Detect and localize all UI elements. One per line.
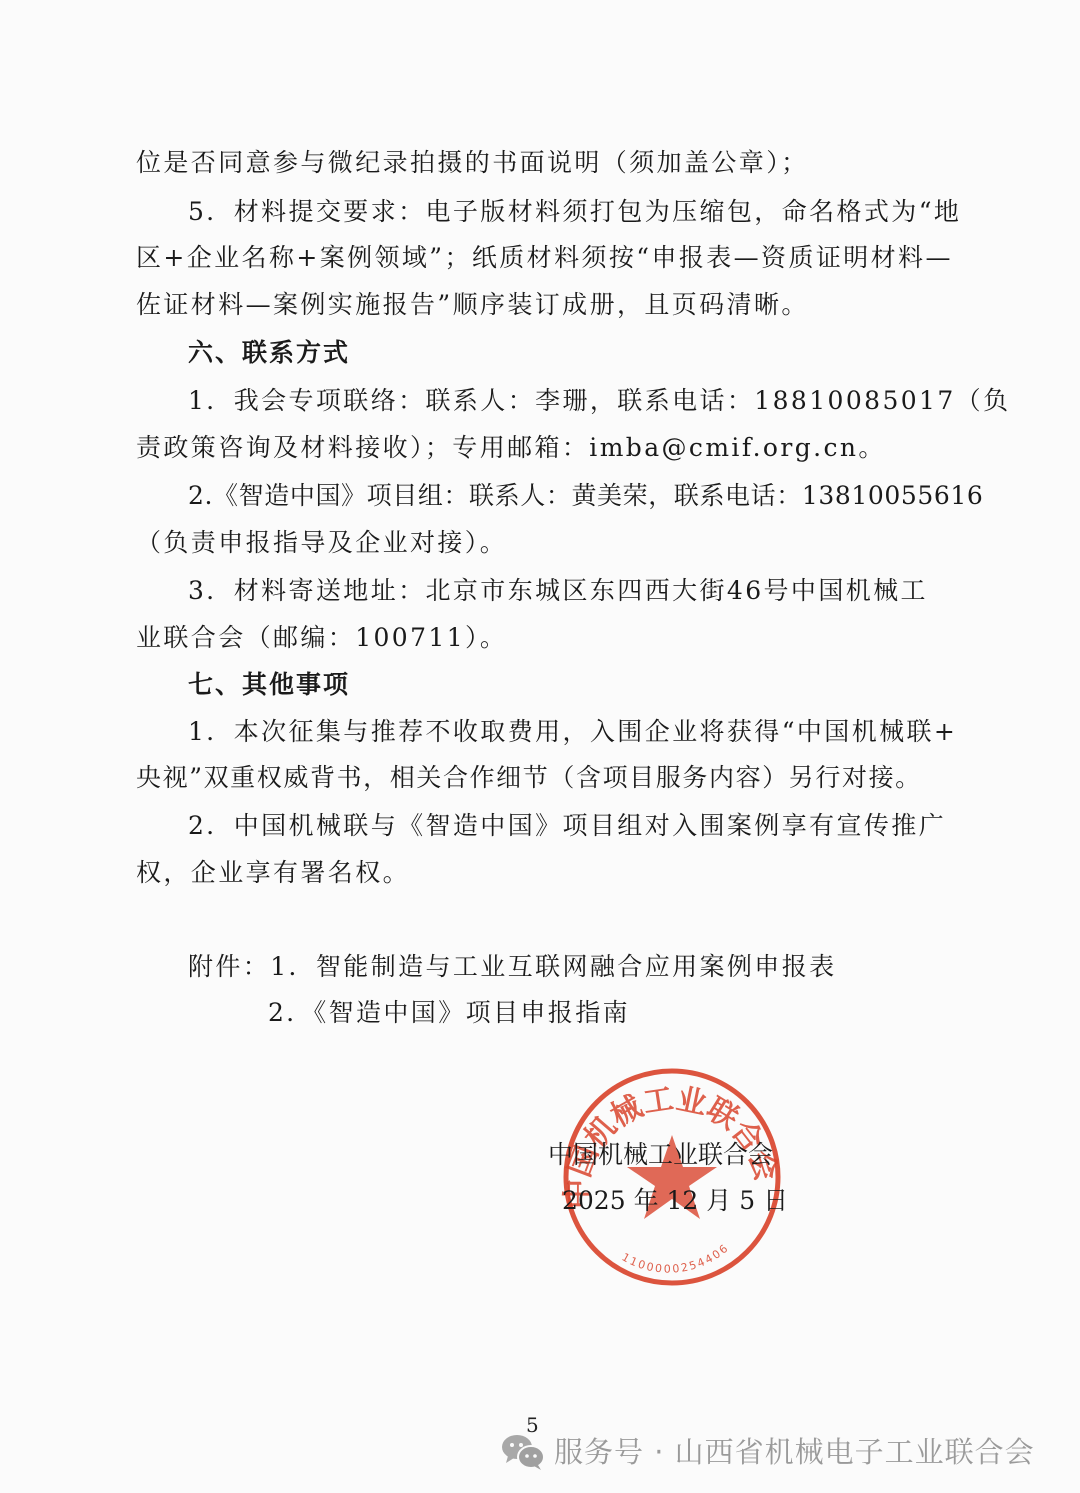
paragraph-line: 责政策咨询及材料接收）；专用邮箱：imba@cmif.org.cn。 bbox=[136, 433, 936, 463]
wechat-icon bbox=[500, 1431, 546, 1471]
paragraph-line: 业联合会（邮编：100711）。 bbox=[136, 623, 936, 653]
signature-organization: 中国机械工业联合会 bbox=[548, 1140, 808, 1170]
watermark: 服务号 · 山西省机械电子工业联合会 bbox=[500, 1430, 1035, 1471]
paragraph-line: 佐证材料—案例实施报告”顺序装订成册，且页码清晰。 bbox=[136, 290, 936, 320]
document-page: 位是否同意参与微纪录拍摄的书面说明（须加盖公章）； 5．材料提交要求：电子版材料… bbox=[0, 0, 1080, 1493]
attachment-2: 2．《智造中国》项目申报指南 bbox=[268, 998, 1068, 1028]
paragraph-line: 央视”双重权威背书，相关合作细节（含项目服务内容）另行对接。 bbox=[136, 763, 936, 793]
paragraph-line: 区+企业名称+案例领域”；纸质材料须按“申报表—资质证明材料— bbox=[136, 243, 936, 273]
watermark-text: 服务号 · 山西省机械电子工业联合会 bbox=[554, 1430, 1035, 1471]
attachment-1: 附件：1．智能制造与工业互联网融合应用案例申报表 bbox=[188, 952, 988, 982]
signature-date: 2025 年 12 月 5 日 bbox=[562, 1186, 822, 1216]
official-stamp-icon: 中国机械工业联合会 1100000254406 bbox=[560, 1065, 785, 1290]
paragraph-line: 3．材料寄送地址：北京市东城区东四西大街46号中国机械工 bbox=[188, 576, 988, 606]
paragraph-line: 2．中国机械联与《智造中国》项目组对入围案例享有宣传推广 bbox=[188, 811, 988, 841]
paragraph-line: 2.《智造中国》项目组：联系人：黄美荣，联系电话：13810055616 bbox=[188, 481, 988, 511]
paragraph-line: 权，企业享有署名权。 bbox=[136, 858, 936, 888]
paragraph-line: （负责申报指导及企业对接）。 bbox=[136, 528, 936, 558]
paragraph-line: 1．我会专项联络：联系人：李珊，联系电话：18810085017（负 bbox=[188, 386, 988, 416]
section-heading-contact: 六、联系方式 bbox=[188, 338, 988, 368]
paragraph-line: 位是否同意参与微纪录拍摄的书面说明（须加盖公章）； bbox=[136, 148, 936, 178]
svg-text:1100000254406: 1100000254406 bbox=[620, 1241, 732, 1276]
section-heading-other: 七、其他事项 bbox=[188, 670, 988, 700]
paragraph-line: 5．材料提交要求：电子版材料须打包为压缩包，命名格式为“地 bbox=[188, 197, 988, 227]
paragraph-line: 1．本次征集与推荐不收取费用，入围企业将获得“中国机械联+ bbox=[188, 717, 988, 747]
